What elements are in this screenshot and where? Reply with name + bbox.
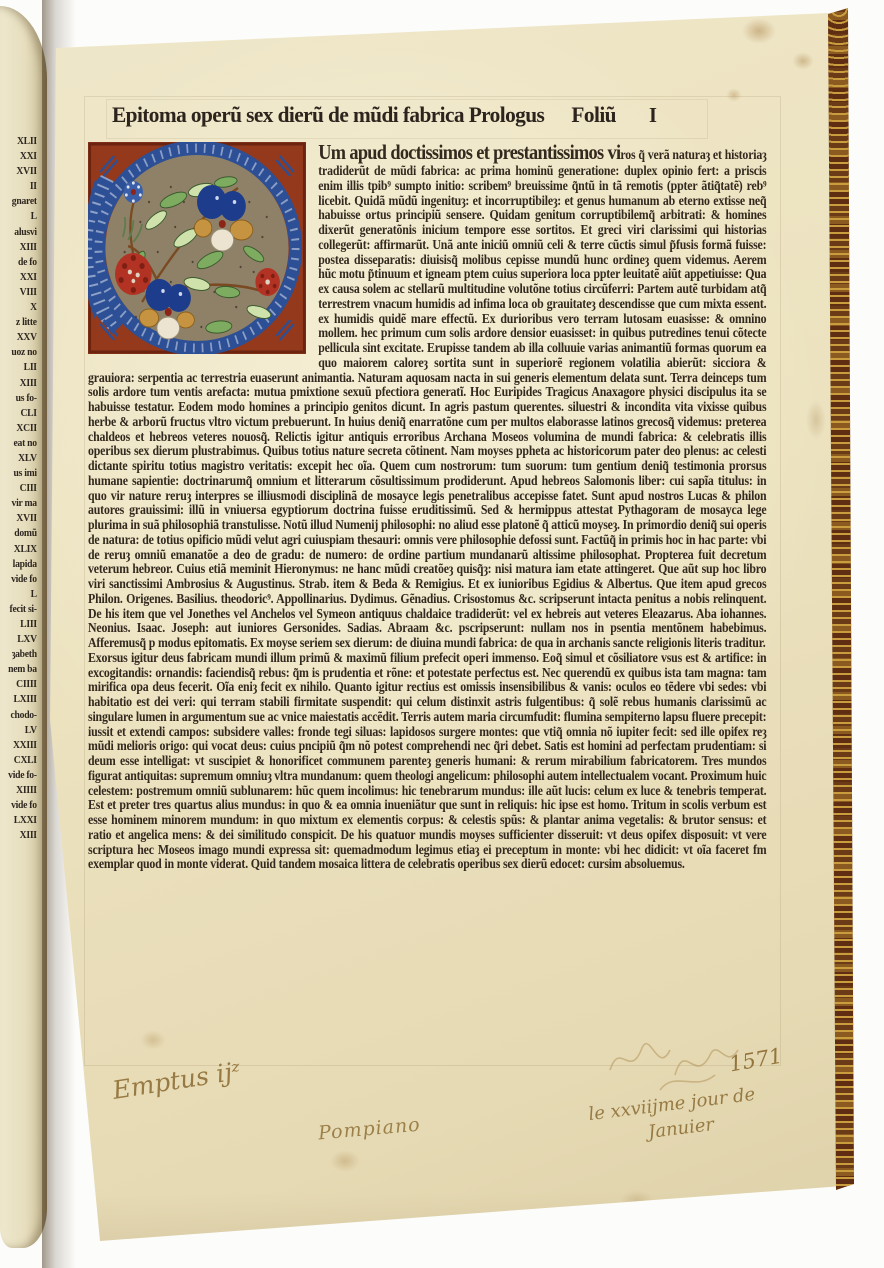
edge-fragment: XXIII [0, 738, 37, 753]
edge-fragment: vide fo- [0, 768, 37, 783]
edge-fragment: L [0, 209, 37, 224]
previous-leaf-edge: XLIIXXIXVIIIIgnaretLalusviXIIIde foXXIVI… [0, 6, 47, 1248]
edge-fragment: L [0, 587, 37, 602]
edge-fragment: CIII [0, 481, 37, 496]
edge-fragment: gnaret [0, 194, 37, 209]
red-flower-right [255, 268, 279, 296]
text-block: Um apud doctissimos et prestantissimos v… [88, 140, 766, 872]
edge-fragment: II [0, 179, 37, 194]
edge-fragment: lapida [0, 557, 37, 572]
edge-fragment: XIII [0, 828, 37, 843]
edge-fragment: XVII [0, 164, 37, 179]
prologue-paragraph-1: Um apud doctissimos et prestantissimos v… [88, 140, 766, 651]
edge-fragment: vir ma [0, 496, 37, 511]
edge-fragment: XXV [0, 330, 37, 345]
red-flower-left [115, 253, 152, 295]
edge-fragment: eat no [0, 436, 37, 451]
edge-fragment: alusvi [0, 225, 37, 240]
folio-number: I [649, 103, 656, 128]
edge-fragment: XIIII [0, 783, 37, 798]
edge-fragment: vide fo [0, 572, 37, 587]
edge-fragment: VIII [0, 285, 37, 300]
edge-fragment: domũ [0, 526, 37, 541]
edge-fragment: us imi [0, 466, 37, 481]
prologue-paragraph-2: Exorsus igitur deus fabricam mundi illum… [88, 651, 766, 872]
edge-fragment: X [0, 300, 37, 315]
edge-fragment: LXIII [0, 692, 37, 707]
edge-fragment: XLV [0, 451, 37, 466]
edge-fragment: XXI [0, 270, 37, 285]
edge-fragment: XLII [0, 134, 37, 149]
edge-fragment: LV [0, 723, 37, 738]
folio-label: Foliũ [571, 102, 616, 128]
edge-fragment: XVII [0, 511, 37, 526]
edge-fragment: CXLI [0, 753, 37, 768]
edge-fragment: de fo [0, 255, 37, 270]
edge-fragment: LXV [0, 632, 37, 647]
headline-title: Epitoma operũ sex dierũ de mũdi fabrica … [112, 102, 544, 128]
illuminated-initial-C [88, 142, 306, 354]
edge-fragment: nem ba [0, 662, 37, 677]
edge-fragment: LIII [0, 617, 37, 632]
blue-rosette-flower [124, 181, 143, 203]
edge-fragment: LII [0, 360, 37, 375]
book-page: Epitoma operũ sex dierũ de mũdi fabrica … [0, 0, 884, 1268]
incipit-line: Um apud doctissimos et prestantissimos v… [318, 140, 620, 164]
edge-fragment: z litte [0, 315, 37, 330]
edge-fragment: XIII [0, 240, 37, 255]
illuminated-initial-artwork [88, 142, 306, 354]
edge-fragment: uoz no [0, 345, 37, 360]
edge-fragment-column: XLIIXXIXVIIIIgnaretLalusviXIIIde foXXIVI… [0, 134, 37, 843]
edge-fragment: CLI [0, 406, 37, 421]
edge-fragment: CIIII [0, 677, 37, 692]
edge-fragment: XXI [0, 149, 37, 164]
running-headline: Epitoma operũ sex dierũ de mũdi fabrica … [112, 102, 694, 128]
edge-fragment: XIII [0, 376, 37, 391]
edge-fragment: chodo- [0, 708, 37, 723]
edge-fragment: fecit si- [0, 602, 37, 617]
book-photo: { "page": { "headline": { "title": "Epit… [0, 0, 884, 1268]
edge-fragment: XCII [0, 421, 37, 436]
edge-fragment: ȝabeth [0, 647, 37, 662]
edge-fragment: vide fo [0, 798, 37, 813]
edge-fragment: LXXI [0, 813, 37, 828]
edge-fragment: us fo- [0, 391, 37, 406]
edge-fragment: XLIX [0, 542, 37, 557]
